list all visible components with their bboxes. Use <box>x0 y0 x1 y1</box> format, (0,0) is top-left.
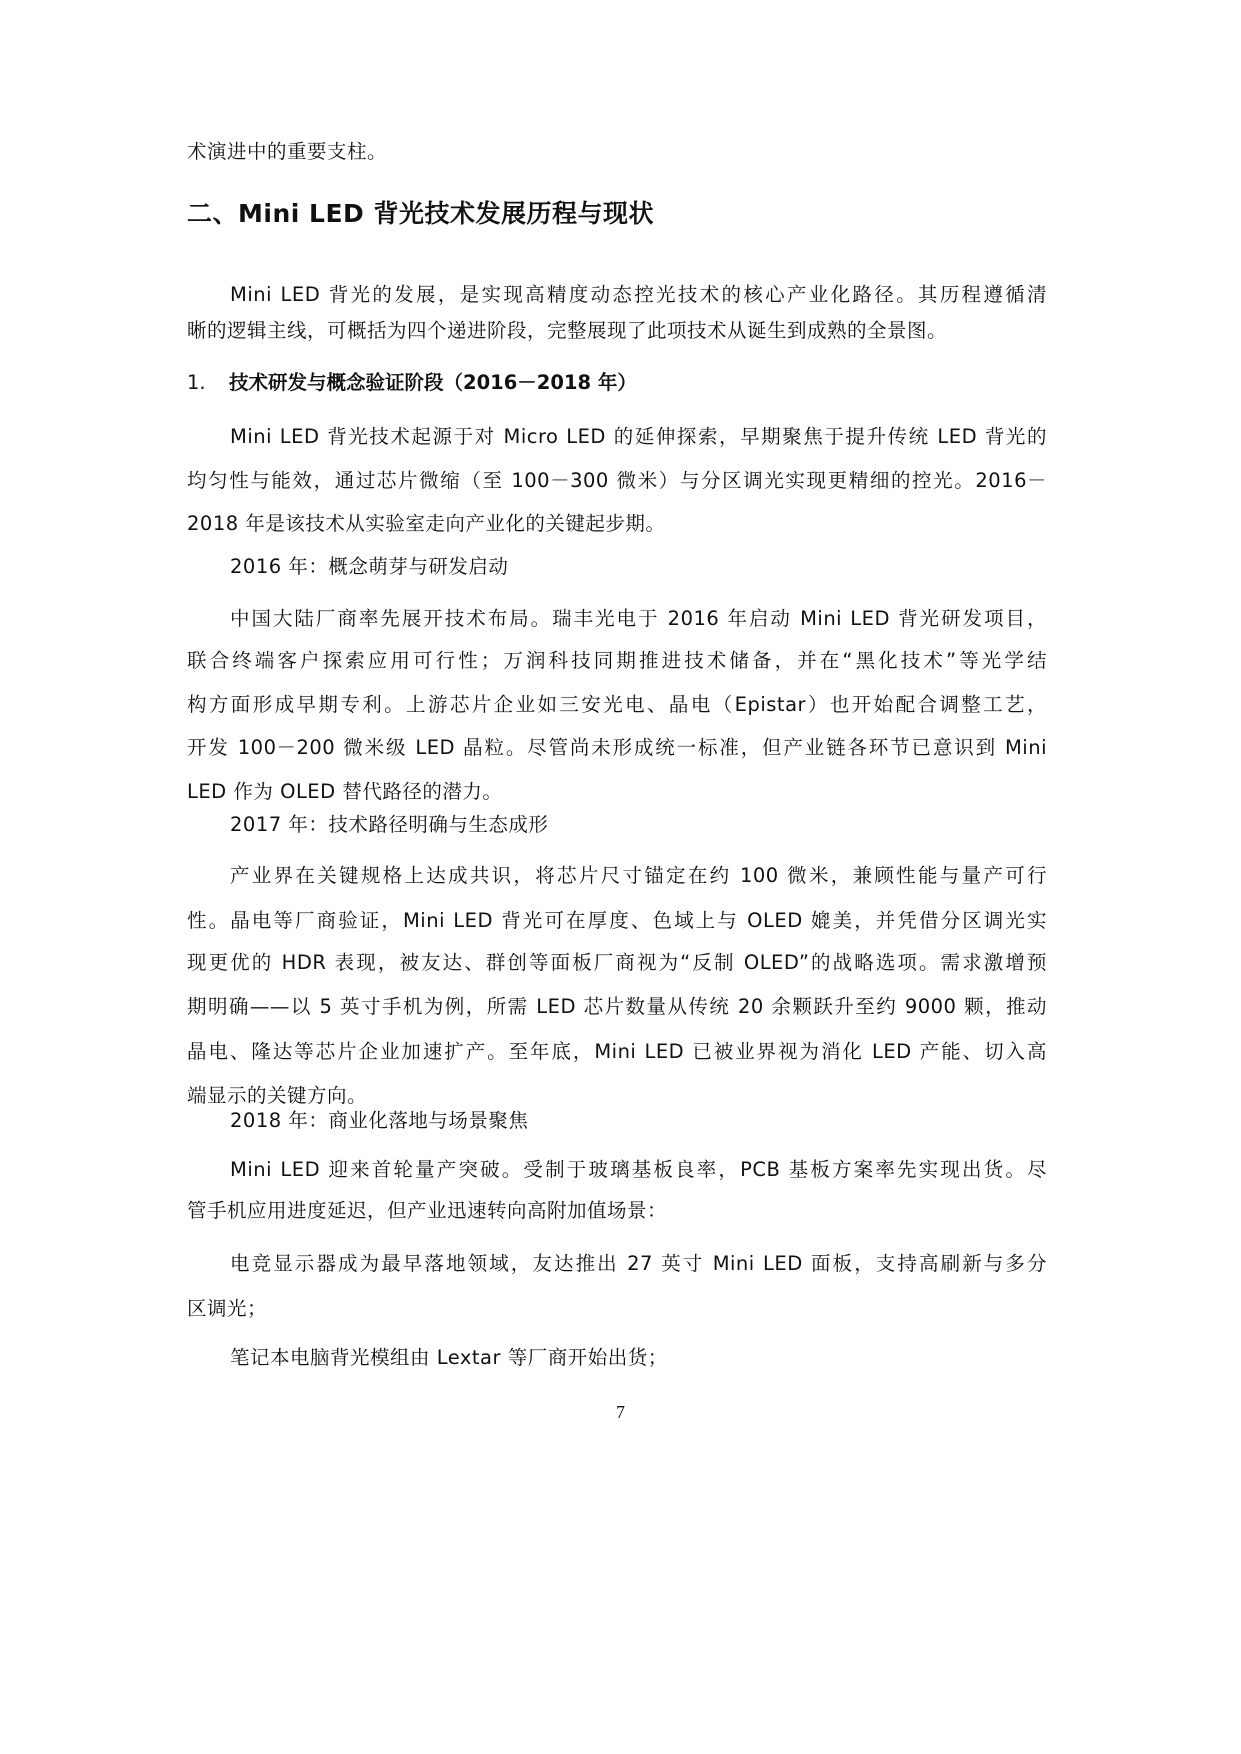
y2017-line-3: 现更优的 HDR 表现，被友达、群创等面板厂商视为“反制 OLED”的战略选项。… <box>187 949 1047 977</box>
y2017-line-6: 端显示的关键方向。 <box>187 1082 1047 1110</box>
y2017-line-1: 产业界在关键规格上达成共识，将芯片尺寸锚定在约 100 微米，兼顾性能与量产可行 <box>230 862 1047 890</box>
y2017-line-2: 性。晶电等厂商验证，Mini LED 背光可在厚度、色域上与 OLED 媲美，并… <box>187 907 1047 935</box>
y2016-line-1: 中国大陆厂商率先展开技术布局。瑞丰光电于 2016 年启动 Mini LED 背… <box>230 605 1047 633</box>
y2017-line-5: 晶电、隆达等芯片企业加速扩产。至年底，Mini LED 已被业界视为消化 LED… <box>187 1038 1047 1066</box>
y2018-line-1: Mini LED 迎来首轮量产突破。受制于玻璃基板良率，PCB 基板方案率先实现… <box>230 1156 1047 1184</box>
overview-line-1: Mini LED 背光技术起源于对 Micro LED 的延伸探索，早期聚焦于提… <box>230 423 1047 451</box>
y2016-line-2: 联合终端客户探索应用可行性；万润科技同期推进技术储备，并在“黑化技术”等光学结 <box>187 647 1047 675</box>
page-number: 7 <box>0 1400 1241 1424</box>
laptop-item: 笔记本电脑背光模组由 Lextar 等厂商开始出货； <box>230 1344 1047 1372</box>
overview-line-2: 均匀性与能效，通过芯片微缩（至 100－300 微米）与分区调光实现更精细的控光… <box>187 467 1047 495</box>
overview-line-3: 2018 年是该技术从实验室走向产业化的关键起步期。 <box>187 510 1047 538</box>
subsection-title: 技术研发与概念验证阶段（2016－2018 年） <box>229 371 637 394</box>
y2016-line-4: 开发 100－200 微米级 LED 晶粒。尽管尚未形成统一标准，但产业链各环节… <box>187 734 1047 762</box>
monitor-line-2: 区调光； <box>187 1295 1047 1323</box>
year-2016-title: 2016 年：概念萌芽与研发启动 <box>230 553 1047 581</box>
section-heading: 二、Mini LED 背光技术发展历程与现状 <box>187 197 654 231</box>
y2017-line-4: 期明确——以 5 英寸手机为例，所需 LED 芯片数量从传统 20 余颗跃升至约… <box>187 993 1047 1021</box>
subsection-heading: 1.技术研发与概念验证阶段（2016－2018 年） <box>187 369 637 397</box>
document-page: 术演进中的重要支柱。 二、Mini LED 背光技术发展历程与现状 Mini L… <box>0 0 1241 1754</box>
subsection-number: 1. <box>187 369 229 397</box>
continuation-text: 术演进中的重要支柱。 <box>187 138 1047 166</box>
year-2017-title: 2017 年：技术路径明确与生态成形 <box>230 811 1047 839</box>
intro-line-2: 晰的逻辑主线，可概括为四个递进阶段，完整展现了此项技术从诞生到成熟的全景图。 <box>187 317 1047 345</box>
y2016-line-5: LED 作为 OLED 替代路径的潜力。 <box>187 778 1047 806</box>
year-2018-title: 2018 年：商业化落地与场景聚焦 <box>230 1107 1047 1135</box>
monitor-line-1: 电竞显示器成为最早落地领域，友达推出 27 英寸 Mini LED 面板，支持高… <box>230 1250 1047 1278</box>
y2016-line-3: 构方面形成早期专利。上游芯片企业如三安光电、晶电（Epistar）也开始配合调整… <box>187 691 1047 719</box>
y2018-line-2: 管手机应用进度延迟，但产业迅速转向高附加值场景： <box>187 1197 1047 1225</box>
intro-line-1: Mini LED 背光的发展，是实现高精度动态控光技术的核心产业化路径。其历程遵… <box>230 281 1047 309</box>
